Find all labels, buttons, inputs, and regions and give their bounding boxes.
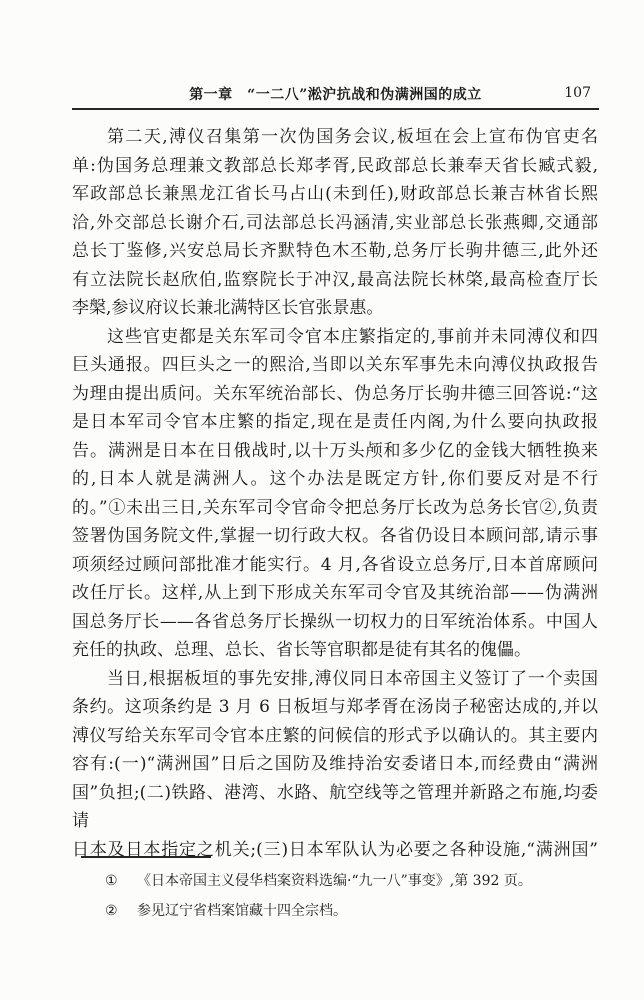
- text-line: 总长丁鉴修,兴安总局长齐默特色木丕勒,总务厅长驹井德三,此外还: [72, 237, 598, 266]
- text-line: 日本及日本指定之机关;(三)日本军队认为必要之各种设施,“满洲国”: [72, 836, 598, 865]
- text-line: 第二天,溥仪召集第一次伪国务会议,板垣在会上宣布伪官吏名: [72, 123, 598, 152]
- footnote-text: 《日本帝国主义侵华档案资料选编·“九一八”事变》,第 392 页。: [137, 873, 532, 889]
- text-line: 是日本军司令官本庄繁的指定,现在是责任内阁,为什么要向执政报: [72, 408, 598, 437]
- footnote-item: ①《日本帝国主义侵华档案资料选编·“九一八”事变》,第 392 页。: [72, 866, 598, 896]
- text-line: 的。”①未出三日,关东军司令官命令把总务厅长改为总务长官②,负责: [72, 494, 598, 523]
- footnote-marker: ②: [105, 896, 137, 926]
- book-page: 第一章 “一二八”淞沪抗战和伪满洲国的成立 107 第二天,溥仪召集第一次伪国务…: [0, 0, 644, 1000]
- chapter-title: 第一章 “一二八”淞沪抗战和伪满洲国的成立: [72, 84, 599, 104]
- text-line: 项须经过顾问部批准才能实行。4 月,各省设立总务厅,日本首席顾问: [72, 551, 598, 580]
- text-line: 溥仪写给关东军司令官本庄繁的问候信的形式予以确认的。其主要内: [72, 722, 598, 751]
- text-line: 的,日本人就是满洲人。这个办法是既定方针,你们要反对是不行: [72, 465, 598, 494]
- body-text: 第二天,溥仪召集第一次伪国务会议,板垣在会上宣布伪官吏名单:伪国务总理兼文教部总…: [72, 123, 598, 864]
- text-line: 有立法院长赵欣伯,监察院长于冲汉,最高法院长林棨,最高检查厅长: [72, 266, 598, 295]
- text-line: 充任的执政、总理、总长、省长等官职都是徒有其名的傀儡。: [72, 636, 598, 665]
- text-line: 国总务厅长——各省总务厅长操纵一切权力的日军统治体系。中国人: [72, 608, 598, 637]
- page-number: 107: [564, 85, 591, 101]
- page-header: 第一章 “一二八”淞沪抗战和伪满洲国的成立 107: [72, 84, 599, 104]
- text-line: 条约。这项条约是 3 月 6 日板垣与郑孝胥在汤岗子秘密达成的,并以: [72, 693, 598, 722]
- text-line: 告。满洲是日本在日俄战时,以十万头颅和多少亿的金钱大牺牲换来: [72, 437, 598, 466]
- text-line: 改任厅长。这样,从上到下形成关东军司令官及其统治部——伪满洲: [72, 579, 598, 608]
- text-line: 签署伪国务院文件,掌握一切行政大权。各省仍设日本顾问部,请示事: [72, 522, 598, 551]
- text-line: 巨头通报。四巨头之一的熙洽,当即以关东军事先未向溥仪执政报告: [72, 351, 598, 380]
- text-line: 李槃,参议府议长兼北满特区长官张景惠。: [72, 294, 598, 323]
- text-line: 为理由提出质问。关东军统治部长、伪总务厅长驹井德三回答说:“这: [72, 380, 598, 409]
- footnote-text: 参见辽宁省档案馆藏十四全宗档。: [137, 903, 347, 919]
- text-line: 国”负担;(二)铁路、港湾、水路、航空线等之管理并新路之布施,均委请: [72, 779, 598, 836]
- text-line: 军政部总长兼黑龙江省长马占山(未到任),财政部总长兼吉林省长熙: [72, 180, 598, 209]
- text-line: 这些官吏都是关东军司令官本庄繁指定的,事前并未同溥仪和四: [72, 323, 598, 352]
- text-line: 单:伪国务总理兼文教部总长郑孝胥,民政部总长兼奉天省长臧式毅,: [72, 152, 598, 181]
- footnotes: ①《日本帝国主义侵华档案资料选编·“九一八”事变》,第 392 页。②参见辽宁省…: [72, 866, 598, 926]
- footnote-separator: [81, 856, 211, 858]
- footnote-item: ②参见辽宁省档案馆藏十四全宗档。: [72, 896, 598, 926]
- text-line: 容有:(一)“满洲国”日后之国防及维持治安委诸日本,而经费由“满洲: [72, 750, 598, 779]
- header-rule: [72, 108, 599, 110]
- text-line: 洽,外交部总长谢介石,司法部总长冯涵清,实业部总长张燕卿,交通部: [72, 209, 598, 238]
- text-line: 当日,根据板垣的事先安排,溥仪同日本帝国主义签订了一个卖国: [72, 665, 598, 694]
- footnote-marker: ①: [105, 866, 137, 896]
